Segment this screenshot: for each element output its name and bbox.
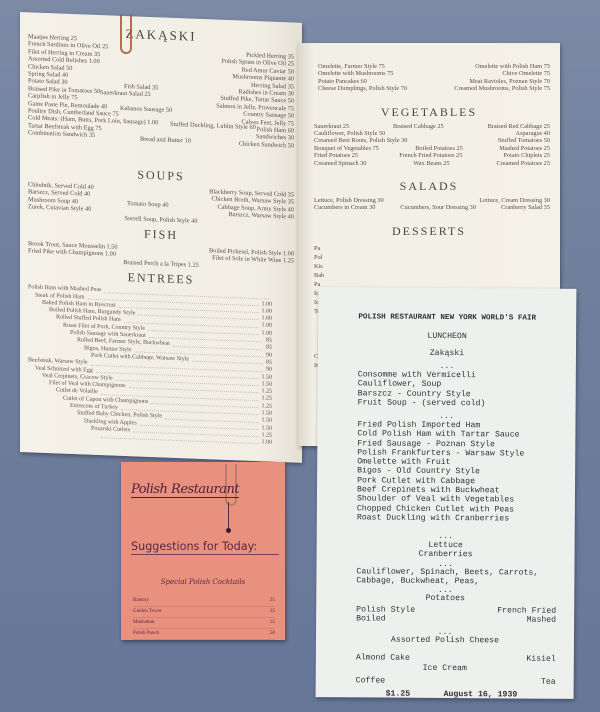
omelettes-list: Omelette, Farmer Style 75Omelette with P… — [298, 43, 560, 93]
drink-right: Tea — [541, 678, 556, 687]
luncheon-section-zakaski: Zakąski — [318, 348, 576, 359]
menu-row: Omelette, Farmer Style 75Omelette with P… — [318, 63, 550, 70]
cocktail-price: .35 — [269, 618, 275, 628]
zakaski-section: Maatjes Herring 25French Sardines in Oli… — [20, 41, 302, 170]
desserts-title: DESSERTS — [298, 224, 560, 239]
menu-item-center: French Fried Potatoes 25 — [399, 152, 462, 159]
cocktail-row: Golden Tower.35 — [133, 607, 275, 618]
menu-item-center: Tomato Soup 40 — [127, 200, 169, 209]
luncheon-mains: Fried Polish Imported Ham Cold Polish Ha… — [357, 420, 525, 523]
menu-booklet-left-page: ZAKĄSKI Maatjes Herring 25French Sardine… — [20, 12, 302, 463]
menu-item-center: Boiled Potatoes 25 — [415, 145, 463, 152]
menu-item-left: Creamed Beet Roots, Polish Style 30 — [314, 137, 407, 144]
drink-left: Coffee — [356, 676, 386, 686]
menu-item-right: Asparagus 40 — [516, 130, 550, 137]
card-subheading: Special Polish Cocktails — [121, 578, 285, 586]
dessert-left: Almond Cake — [356, 653, 410, 663]
menu-row: Bouquet of Vegetables 75Boiled Potatoes … — [314, 145, 550, 152]
cocktail-row: Bateory.35 — [133, 596, 275, 607]
menu-item-left: Omelette with Mushrooms 75 — [318, 70, 393, 77]
cocktail-row: Manhattan.35 — [133, 618, 275, 629]
luncheon-date: August 16, 1939 — [444, 690, 518, 700]
menu-item-left: Sauerkraut 25 — [314, 123, 349, 130]
menu-item-left: Lettuce, Polish Dressing 30 — [314, 197, 384, 204]
entree-name — [28, 430, 98, 440]
vegetables-list: Sauerkraut 25Braised Cabbage 25Braised R… — [298, 123, 560, 167]
luncheon-cheese: Assorted Polish Cheese — [316, 635, 574, 646]
cocktail-name: Bateory — [133, 596, 269, 606]
pin-head-icon — [226, 528, 231, 533]
menu-item-right: Potato Chiplets 25 — [503, 152, 550, 159]
suggestions-card: Polish Restaurant Suggestions for Today:… — [121, 462, 285, 640]
menu-item-left: Creamed Spinach 30 — [314, 160, 366, 167]
menu-item-right: Mashed Potatoes 25 — [499, 145, 550, 152]
menu-item-left: Cheese Dumplings, Polish Style 70 — [318, 85, 407, 92]
luncheon-price: $1.25 — [386, 690, 411, 699]
cocktail-name: Manhattan — [133, 618, 269, 628]
menu-item-right: Cranberry Salad 35 — [501, 204, 550, 211]
menu-item-left: Omelette, Farmer Style 75 — [318, 63, 385, 70]
menu-item-right: Omelette with Polish Ham 75 — [475, 63, 550, 70]
potatoes-right: French Fried Mashed — [497, 606, 556, 625]
menu-item-center: Wax Beans 25 — [413, 160, 449, 167]
menu-item-right: Creamed Potatoes 25 — [496, 160, 550, 167]
menu-row: Cauliflower, Polish Style 50Asparagus 40 — [314, 130, 550, 137]
salads-title: SALADS — [298, 179, 560, 194]
salads-list: Lettuce, Polish Dressing 30Lettuce, Crea… — [298, 197, 560, 212]
menu-item-right: Stuffed Tomatoes 50 — [498, 137, 550, 144]
soups-list: Chlodnik, Served Cold 40Blackberry Soup,… — [20, 181, 302, 229]
potatoes-left: Polish Style Boiled — [356, 605, 415, 624]
menu-item-left: Bouquet of Vegetables 75 — [314, 145, 379, 152]
menu-row: Creamed Spinach 30Wax Beans 25Creamed Po… — [314, 160, 550, 167]
menu-row: Lettuce, Polish Dressing 30Lettuce, Crea… — [314, 197, 550, 204]
cocktail-row: Polish Punch.50 — [133, 629, 275, 640]
menu-row: Omelette with Mushrooms 75Chive Omelette… — [318, 70, 550, 77]
menu-item-left: Potato Pancakes 60 — [318, 78, 367, 85]
menu-item-center: Braised Cabbage 25 — [393, 123, 444, 130]
menu-item-right: Creamed Mushrooms, Polish Style 75 — [454, 85, 550, 92]
card-heading: Suggestions for Today: — [131, 540, 279, 555]
luncheon-sheet: POLISH RESTAURANT NEW YORK WORLD'S FAIR … — [316, 287, 577, 699]
menu-item-left: Cauliflower, Polish Style 50 — [314, 130, 385, 137]
menu-item-left: Cucumbers in Cream 30 — [314, 204, 375, 211]
dessert-fragment: Pa — [314, 244, 560, 253]
luncheon-salads: Lettuce Cranberries — [317, 540, 575, 560]
menu-item-center: Sorrell Soup, Polish Style 40 — [125, 215, 198, 225]
menu-item-right: Braised Red Cabbage 25 — [488, 123, 550, 130]
menu-item-center: Braised Perch a la Tripes 1.25 — [123, 259, 199, 269]
menu-row: Potato Pancakes 60Meat Ravioles, Poznan … — [318, 78, 550, 85]
cocktail-price: .50 — [269, 629, 275, 639]
menu-item-right: Chive Omelette 75 — [502, 70, 550, 77]
polish-restaurant-logo: Polish Restaurant — [131, 482, 239, 498]
dessert-right: Kisiel — [526, 655, 556, 665]
pin-line — [228, 502, 229, 530]
menu-row: Sauerkraut 25Braised Cabbage 25Braised R… — [314, 123, 550, 130]
menu-row: Cheese Dumplings, Polish Style 70Creamed… — [318, 85, 550, 92]
luncheon-vegetables: Cauliflower, Spinach, Beets, Carrots, Ca… — [356, 567, 538, 587]
menu-row: Fried Potatoes 25French Fried Potatoes 2… — [314, 152, 550, 159]
menu-item-center: Cucumbers, Sour Dressing 30 — [400, 204, 476, 211]
cocktail-name: Polish Punch — [133, 629, 269, 639]
vegetables-title: VEGETABLES — [298, 105, 560, 120]
menu-item: Bread and Butter 10 — [140, 136, 191, 145]
cocktail-name: Golden Tower — [133, 607, 269, 617]
menu-item-right: Meat Ravioles, Poznan Style 70 — [469, 78, 550, 85]
dessert-fragment: Pol — [314, 253, 560, 262]
entrees-list: Polish Ham with Mashed PeasSteak of Poli… — [20, 284, 302, 448]
zakaski-right-column: Pickled Herring 35Polish Sprats in Olive… — [216, 51, 294, 150]
cocktail-price: .35 — [269, 596, 275, 606]
potatoes-title: Potatoes — [316, 593, 574, 604]
menu-item-left: Fried Potatoes 25 — [314, 152, 358, 159]
cocktail-list: Bateory.35Golden Tower.35Manhattan.35Pol… — [133, 596, 275, 640]
dessert-fragment: Bab — [314, 271, 560, 280]
dessert-fragment: Kis — [314, 262, 560, 271]
luncheon-soups: Consomme with Vermicelli Cauliflower, So… — [358, 370, 486, 408]
menu-item-right: Lettuce, Cream Dressing 30 — [479, 197, 550, 204]
dessert-center: Ice Cream — [316, 663, 574, 674]
entree-price: 1.00 — [262, 439, 273, 447]
cocktail-price: .35 — [269, 607, 275, 617]
luncheon-header: POLISH RESTAURANT NEW YORK WORLD'S FAIR — [318, 313, 576, 324]
luncheon-meal-title: LUNCHEON — [318, 331, 576, 342]
menu-row: Creamed Beet Roots, Polish Style 30Stuff… — [314, 137, 550, 144]
menu-row: Cucumbers in Cream 30Cucumbers, Sour Dre… — [314, 204, 550, 211]
